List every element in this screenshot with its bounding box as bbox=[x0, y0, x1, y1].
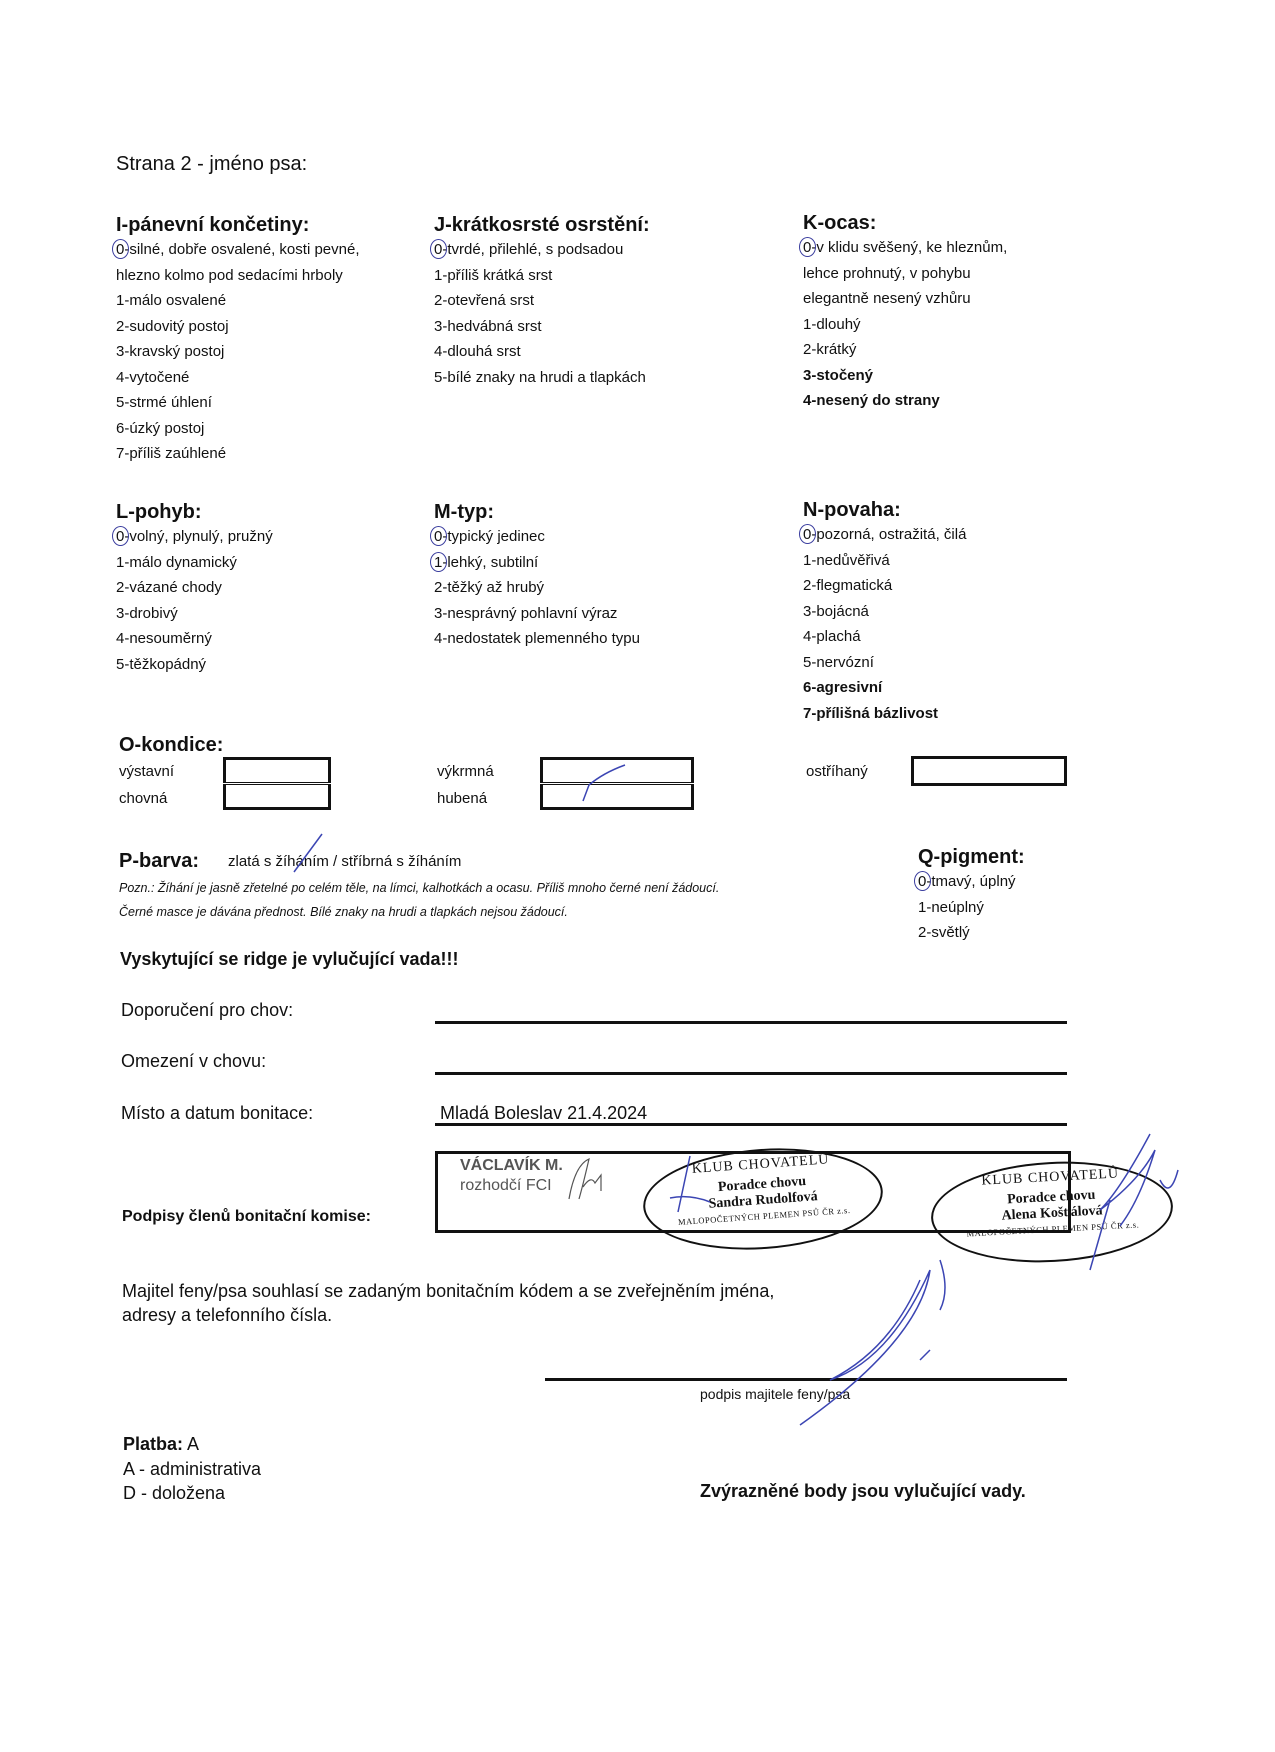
circled-selection-icon: 0 bbox=[918, 873, 926, 890]
section-heading: J-krátkosrsté osrstění: bbox=[434, 214, 650, 237]
option-item: 4-dlouhá srst bbox=[434, 339, 650, 365]
option-item: 3-hedvábná srst bbox=[434, 314, 650, 340]
option-text: -těžkopádný bbox=[124, 656, 206, 673]
circled-selection-icon: 0 bbox=[434, 241, 442, 258]
circled-selection-icon: 1 bbox=[434, 554, 442, 571]
option-list: 0-v klidu svěšený, ke hleznům,lehce proh… bbox=[803, 235, 1007, 414]
option-item: 0-silné, dobře osvalené, kosti pevné, bbox=[116, 237, 359, 263]
option-text: -vytočené bbox=[124, 369, 189, 386]
color-note-line1: Pozn.: Žíhání je jasně zřetelné po celém… bbox=[119, 876, 719, 900]
option-text: -agresivní bbox=[811, 679, 882, 696]
option-item: 1-málo dynamický bbox=[116, 550, 273, 576]
option-item: 4-plachá bbox=[803, 624, 966, 650]
option-item: 6-agresivní bbox=[803, 675, 966, 701]
circled-selection-icon: 0 bbox=[116, 528, 124, 545]
payment-option-a: A - administrativa bbox=[123, 1457, 261, 1482]
consent-text: Majitel feny/psa souhlasí se zadaným bon… bbox=[122, 1279, 774, 1327]
option-item: 4-nedostatek plemenného typu bbox=[434, 626, 640, 652]
option-text: -stočený bbox=[811, 367, 873, 384]
option-list: 0-tmavý, úplný1-neúplný2-světlý bbox=[918, 869, 1025, 946]
section-heading: L-pohyb: bbox=[116, 501, 273, 524]
option-text: -sudovitý postoj bbox=[124, 318, 228, 335]
option-text: hlezno kolmo pod sedacími hrboly bbox=[116, 267, 343, 284]
option-text: -pozorná, ostražitá, čilá bbox=[811, 526, 966, 543]
option-text: -nedostatek plemenného typu bbox=[442, 630, 640, 647]
option-list: 0-typický jedinec1-lehký, subtilní2-těžk… bbox=[434, 524, 640, 652]
section-heading: Q-pigment: bbox=[918, 846, 1025, 869]
option-text: -dlouhý bbox=[811, 316, 860, 333]
option-item: 3-stočený bbox=[803, 363, 1007, 389]
option-text: -tvrdé, přilehlé, s podsadou bbox=[442, 241, 623, 258]
option-text: -hedvábná srst bbox=[442, 318, 541, 335]
option-item: 2-vázané chody bbox=[116, 575, 273, 601]
section-movement: L-pohyb: 0-volný, plynulý, pružný1-málo … bbox=[116, 501, 273, 677]
option-item: 0-tmavý, úplný bbox=[918, 869, 1025, 895]
option-text: -volný, plynulý, pružný bbox=[124, 528, 272, 545]
payment-block: Platba: A A - administrativa D - doložen… bbox=[123, 1432, 261, 1506]
option-item: 2-světlý bbox=[918, 920, 1025, 946]
restriction-field[interactable] bbox=[435, 1072, 1067, 1075]
judge-name: VÁCLAVÍK M. bbox=[460, 1157, 563, 1175]
option-text: -vázané chody bbox=[124, 579, 222, 596]
payment-line: Platba: A bbox=[123, 1432, 261, 1457]
option-item: 3-bojácná bbox=[803, 599, 966, 625]
option-text: -neúplný bbox=[926, 899, 984, 916]
option-item: 4-vytočené bbox=[116, 365, 359, 391]
option-text: -bojácná bbox=[811, 603, 869, 620]
page-title: Strana 2 - jméno psa: bbox=[116, 153, 307, 176]
option-text: -plachá bbox=[811, 628, 860, 645]
judge-role: rozhodčí FCI bbox=[460, 1177, 552, 1195]
option-item: 1-nedůvěřivá bbox=[803, 548, 966, 574]
option-text: elegantně nesený vzhůru bbox=[803, 290, 971, 307]
condition-checkbox-thin[interactable] bbox=[540, 784, 694, 810]
option-text: -kravský postoj bbox=[124, 343, 224, 360]
condition-label-thin: hubená bbox=[437, 790, 487, 807]
option-text: lehce prohnutý, v pohybu bbox=[803, 265, 971, 282]
option-item: 5-těžkopádný bbox=[116, 652, 273, 678]
section-heading: K-ocas: bbox=[803, 212, 1007, 235]
option-text: -přílišná bázlivost bbox=[811, 705, 938, 722]
commission-label: Podpisy členů bonitační komise: bbox=[122, 1208, 371, 1226]
condition-checkbox-show[interactable] bbox=[223, 757, 331, 783]
section-heading: M-typ: bbox=[434, 501, 640, 524]
option-item: 5-bílé znaky na hrudi a tlapkách bbox=[434, 365, 650, 391]
checkmark-icon bbox=[543, 773, 691, 795]
owner-signature-icon bbox=[790, 1250, 970, 1430]
section-tail: K-ocas: 0-v klidu svěšený, ke hleznům,le… bbox=[803, 212, 1007, 414]
option-text: -příliš krátká srst bbox=[442, 267, 552, 284]
option-item: 4-nesouměrný bbox=[116, 626, 273, 652]
option-item: 3-nesprávný pohlavní výraz bbox=[434, 601, 640, 627]
condition-checkbox-breeding[interactable] bbox=[223, 784, 331, 810]
option-text: -flegmatická bbox=[811, 577, 892, 594]
option-item: 0-volný, plynulý, pružný bbox=[116, 524, 273, 550]
option-item: 4-nesený do strany bbox=[803, 388, 1007, 414]
section-temperament: N-povaha: 0-pozorná, ostražitá, čilá1-ne… bbox=[803, 499, 966, 726]
judge-signature-icon bbox=[565, 1155, 615, 1205]
recommendation-label: Doporučení pro chov: bbox=[121, 1000, 293, 1021]
option-item: 1-dlouhý bbox=[803, 312, 1007, 338]
option-text: -silné, dobře osvalené, kosti pevné, bbox=[124, 241, 359, 258]
option-item: elegantně nesený vzhůru bbox=[803, 286, 1007, 312]
option-item: 2-otevřená srst bbox=[434, 288, 650, 314]
section-short-coat: J-krátkosrsté osrstění: 0-tvrdé, přilehl… bbox=[434, 214, 650, 390]
circled-selection-icon: 0 bbox=[116, 241, 124, 258]
advisor1-signature-icon bbox=[660, 1150, 720, 1230]
restriction-label: Omezení v chovu: bbox=[121, 1051, 266, 1072]
advisor2-signature-icon bbox=[1060, 1130, 1190, 1280]
option-text: -lehký, subtilní bbox=[442, 554, 538, 571]
option-text: -úzký postoj bbox=[124, 420, 204, 437]
condition-label-show: výstavní bbox=[119, 763, 174, 780]
option-item: 2-flegmatická bbox=[803, 573, 966, 599]
option-list: 0-volný, plynulý, pružný1-málo dynamický… bbox=[116, 524, 273, 677]
option-item: 6-úzký postoj bbox=[116, 416, 359, 442]
color-note-line2: Černé masce je dávána přednost. Bílé zna… bbox=[119, 900, 568, 924]
option-text: -nesený do strany bbox=[811, 392, 939, 409]
option-text: -v klidu svěšený, ke hleznům, bbox=[811, 239, 1007, 256]
option-item: 1-příliš krátká srst bbox=[434, 263, 650, 289]
option-text: -otevřená srst bbox=[442, 292, 534, 309]
option-item: 3-drobivý bbox=[116, 601, 273, 627]
section-heading-color: P-barva: bbox=[119, 850, 199, 873]
option-text: -nedůvěřivá bbox=[811, 552, 889, 569]
option-item: lehce prohnutý, v pohybu bbox=[803, 261, 1007, 287]
option-text: -nesprávný pohlavní výraz bbox=[442, 605, 617, 622]
payment-option-d: D - doložena bbox=[123, 1481, 261, 1506]
option-item: 0-v klidu svěšený, ke hleznům, bbox=[803, 235, 1007, 261]
condition-label-fattened: výkrmná bbox=[437, 763, 494, 780]
section-heading: N-povaha: bbox=[803, 499, 966, 522]
option-item: 3-kravský postoj bbox=[116, 339, 359, 365]
condition-label-breeding: chovná bbox=[119, 790, 167, 807]
option-item: 5-nervózní bbox=[803, 650, 966, 676]
option-list: 0-silné, dobře osvalené, kosti pevné,hle… bbox=[116, 237, 359, 467]
payment-value: A bbox=[187, 1434, 199, 1454]
section-type: M-typ: 0-typický jedinec1-lehký, subtiln… bbox=[434, 501, 640, 652]
place-date-field bbox=[435, 1123, 1067, 1126]
circled-selection-icon: 0 bbox=[803, 526, 811, 543]
option-text: -málo dynamický bbox=[124, 554, 237, 571]
color-value: zlatá s žíháním / stříbrná s žíháním bbox=[228, 853, 461, 870]
section-pelvic-limbs: I-pánevní končetiny: 0-silné, dobře osva… bbox=[116, 214, 359, 467]
option-text: -bílé znaky na hrudi a tlapkách bbox=[442, 369, 645, 386]
option-item: 0-typický jedinec bbox=[434, 524, 640, 550]
option-item: 1-málo osvalené bbox=[116, 288, 359, 314]
footer-note: Zvýrazněné body jsou vylučující vady. bbox=[700, 1481, 1026, 1502]
option-text: -příliš zaúhlené bbox=[124, 445, 226, 462]
option-text: -málo osvalené bbox=[124, 292, 226, 309]
place-date-label: Místo a datum bonitace: bbox=[121, 1103, 313, 1124]
option-text: -strmé úhlení bbox=[124, 394, 212, 411]
section-pigment: Q-pigment: 0-tmavý, úplný1-neúplný2-svět… bbox=[918, 846, 1025, 946]
ridge-warning: Vyskytující se ridge je vylučující vada!… bbox=[120, 949, 458, 970]
option-text: -krátký bbox=[811, 341, 856, 358]
option-text: -nervózní bbox=[811, 654, 874, 671]
option-text: -světlý bbox=[926, 924, 969, 941]
option-item: 1-lehký, subtilní bbox=[434, 550, 640, 576]
option-item: 2-krátký bbox=[803, 337, 1007, 363]
condition-checkbox-trimmed[interactable] bbox=[911, 756, 1067, 786]
option-text: -tmavý, úplný bbox=[926, 873, 1015, 890]
option-text: -typický jedinec bbox=[442, 528, 545, 545]
circled-selection-icon: 0 bbox=[434, 528, 442, 545]
option-text: -nesouměrný bbox=[124, 630, 212, 647]
option-text: -drobivý bbox=[124, 605, 177, 622]
option-item: 2-těžký až hrubý bbox=[434, 575, 640, 601]
circled-selection-icon: 0 bbox=[803, 239, 811, 256]
option-item: 7-příliš zaúhlené bbox=[116, 441, 359, 467]
section-heading-condition: O-kondice: bbox=[119, 734, 223, 757]
option-item: 0-tvrdé, přilehlé, s podsadou bbox=[434, 237, 650, 263]
option-item: hlezno kolmo pod sedacími hrboly bbox=[116, 263, 359, 289]
option-item: 5-strmé úhlení bbox=[116, 390, 359, 416]
option-item: 0-pozorná, ostražitá, čilá bbox=[803, 522, 966, 548]
option-text: -dlouhá srst bbox=[442, 343, 520, 360]
option-text: -těžký až hrubý bbox=[442, 579, 544, 596]
place-date-value[interactable]: Mladá Boleslav 21.4.2024 bbox=[440, 1103, 647, 1124]
option-list: 0-tvrdé, přilehlé, s podsadou1-příliš kr… bbox=[434, 237, 650, 390]
option-list: 0-pozorná, ostražitá, čilá1-nedůvěřivá2-… bbox=[803, 522, 966, 726]
recommendation-field[interactable] bbox=[435, 1021, 1067, 1024]
option-item: 1-neúplný bbox=[918, 895, 1025, 921]
pen-stroke-icon bbox=[290, 830, 340, 880]
option-item: 7-přílišná bázlivost bbox=[803, 701, 966, 727]
option-item: 2-sudovitý postoj bbox=[116, 314, 359, 340]
section-heading: I-pánevní končetiny: bbox=[116, 214, 359, 237]
condition-label-trimmed: ostříhaný bbox=[806, 763, 868, 780]
